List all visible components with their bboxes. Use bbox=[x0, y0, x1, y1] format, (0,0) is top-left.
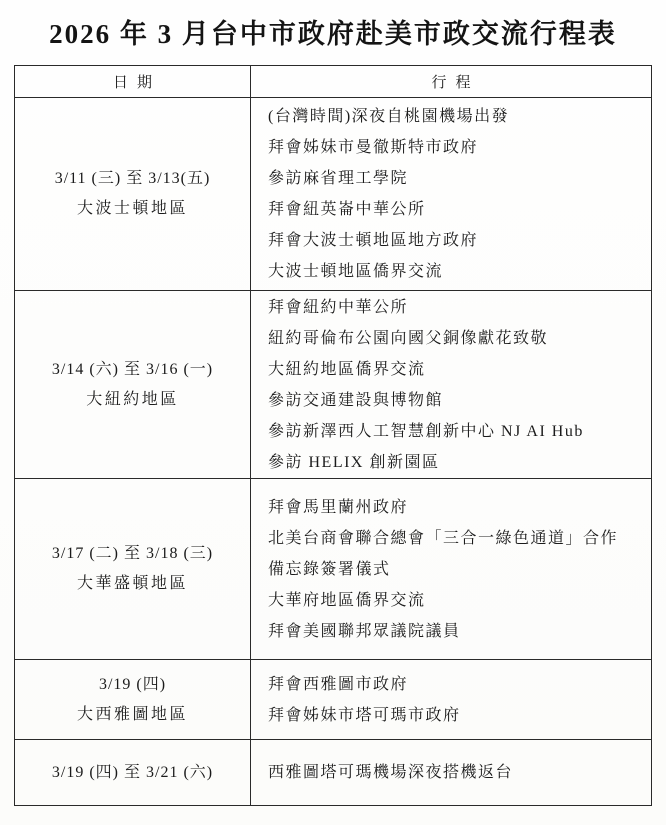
itinerary-item: 大紐約地區僑界交流 bbox=[268, 354, 651, 385]
itinerary-item: 紐約哥倫布公園向國父銅像獻花致敬 bbox=[268, 323, 651, 354]
itinerary-item: 拜會紐約中華公所 bbox=[268, 292, 651, 323]
table-row-boston: 3/11 (三) 至 3/13(五) 大波士頓地區 (台灣時間)深夜自桃園機場出… bbox=[15, 98, 652, 291]
itinerary-item: 北美台商會聯合總會「三合一綠色通道」合作 bbox=[268, 523, 651, 554]
date-cell: 3/14 (六) 至 3/16 (一) 大紐約地區 bbox=[15, 291, 251, 479]
itinerary-item: 參訪 HELIX 創新園區 bbox=[268, 447, 651, 478]
date-cell: 3/11 (三) 至 3/13(五) 大波士頓地區 bbox=[15, 98, 251, 291]
itinerary-cell: 西雅圖塔可瑪機場深夜搭機返台 bbox=[251, 740, 652, 806]
date-range: 3/17 (二) 至 3/18 (三) bbox=[15, 539, 250, 569]
date-cell: 3/19 (四) 至 3/21 (六) bbox=[15, 740, 251, 806]
date-range: 3/19 (四) bbox=[15, 670, 250, 700]
itinerary-item: 拜會西雅圖市政府 bbox=[268, 669, 651, 700]
itinerary-item: 拜會紐英崙中華公所 bbox=[268, 194, 651, 225]
itinerary-item: 備忘錄簽署儀式 bbox=[268, 554, 651, 585]
header-date: 日期 bbox=[15, 66, 251, 98]
region-label: 大華盛頓地區 bbox=[15, 569, 250, 599]
document-page: 2026 年 3 月台中市政府赴美市政交流行程表 日期 行程 3/11 (三) … bbox=[0, 0, 666, 825]
header-row: 日期 行程 bbox=[15, 66, 652, 98]
itinerary-table: 日期 行程 3/11 (三) 至 3/13(五) 大波士頓地區 (台灣時間)深夜… bbox=[14, 65, 652, 806]
itinerary-item: 拜會大波士頓地區地方政府 bbox=[268, 225, 651, 256]
region-label: 大波士頓地區 bbox=[15, 194, 250, 224]
itinerary-item: 拜會馬里蘭州政府 bbox=[268, 492, 651, 523]
itinerary-item: 西雅圖塔可瑪機場深夜搭機返台 bbox=[268, 757, 651, 788]
header-itinerary: 行程 bbox=[251, 66, 652, 98]
region-label: 大西雅圖地區 bbox=[15, 700, 250, 730]
itinerary-cell: 拜會西雅圖市政府 拜會姊妹市塔可瑪市政府 bbox=[251, 660, 652, 740]
table-row-return: 3/19 (四) 至 3/21 (六) 西雅圖塔可瑪機場深夜搭機返台 bbox=[15, 740, 652, 806]
itinerary-item: 參訪交通建設與博物館 bbox=[268, 385, 651, 416]
itinerary-item: 拜會姊妹市塔可瑪市政府 bbox=[268, 700, 651, 731]
itinerary-item: 大波士頓地區僑界交流 bbox=[268, 256, 651, 287]
date-cell: 3/17 (二) 至 3/18 (三) 大華盛頓地區 bbox=[15, 479, 251, 660]
itinerary-item: 大華府地區僑界交流 bbox=[268, 585, 651, 616]
itinerary-cell: (台灣時間)深夜自桃園機場出發 拜會姊妹市曼徹斯特市政府 參訪麻省理工學院 拜會… bbox=[251, 98, 652, 291]
date-range: 3/14 (六) 至 3/16 (一) bbox=[15, 355, 250, 385]
table-row-washington: 3/17 (二) 至 3/18 (三) 大華盛頓地區 拜會馬里蘭州政府 北美台商… bbox=[15, 479, 652, 660]
region-label: 大紐約地區 bbox=[15, 385, 250, 415]
itinerary-cell: 拜會紐約中華公所 紐約哥倫布公園向國父銅像獻花致敬 大紐約地區僑界交流 參訪交通… bbox=[251, 291, 652, 479]
date-range: 3/11 (三) 至 3/13(五) bbox=[15, 164, 250, 194]
page-title: 2026 年 3 月台中市政府赴美市政交流行程表 bbox=[0, 0, 666, 51]
itinerary-item: 拜會姊妹市曼徹斯特市政府 bbox=[268, 132, 651, 163]
itinerary-item: 參訪麻省理工學院 bbox=[268, 163, 651, 194]
itinerary-cell: 拜會馬里蘭州政府 北美台商會聯合總會「三合一綠色通道」合作 備忘錄簽署儀式 大華… bbox=[251, 479, 652, 660]
itinerary-item: 參訪新澤西人工智慧創新中心 NJ AI Hub bbox=[268, 416, 651, 447]
date-range: 3/19 (四) 至 3/21 (六) bbox=[15, 758, 250, 788]
table-row-seattle: 3/19 (四) 大西雅圖地區 拜會西雅圖市政府 拜會姊妹市塔可瑪市政府 bbox=[15, 660, 652, 740]
itinerary-item: (台灣時間)深夜自桃園機場出發 bbox=[268, 101, 651, 132]
date-cell: 3/19 (四) 大西雅圖地區 bbox=[15, 660, 251, 740]
table-row-new-york: 3/14 (六) 至 3/16 (一) 大紐約地區 拜會紐約中華公所 紐約哥倫布… bbox=[15, 291, 652, 479]
itinerary-item: 拜會美國聯邦眾議院議員 bbox=[268, 616, 651, 647]
